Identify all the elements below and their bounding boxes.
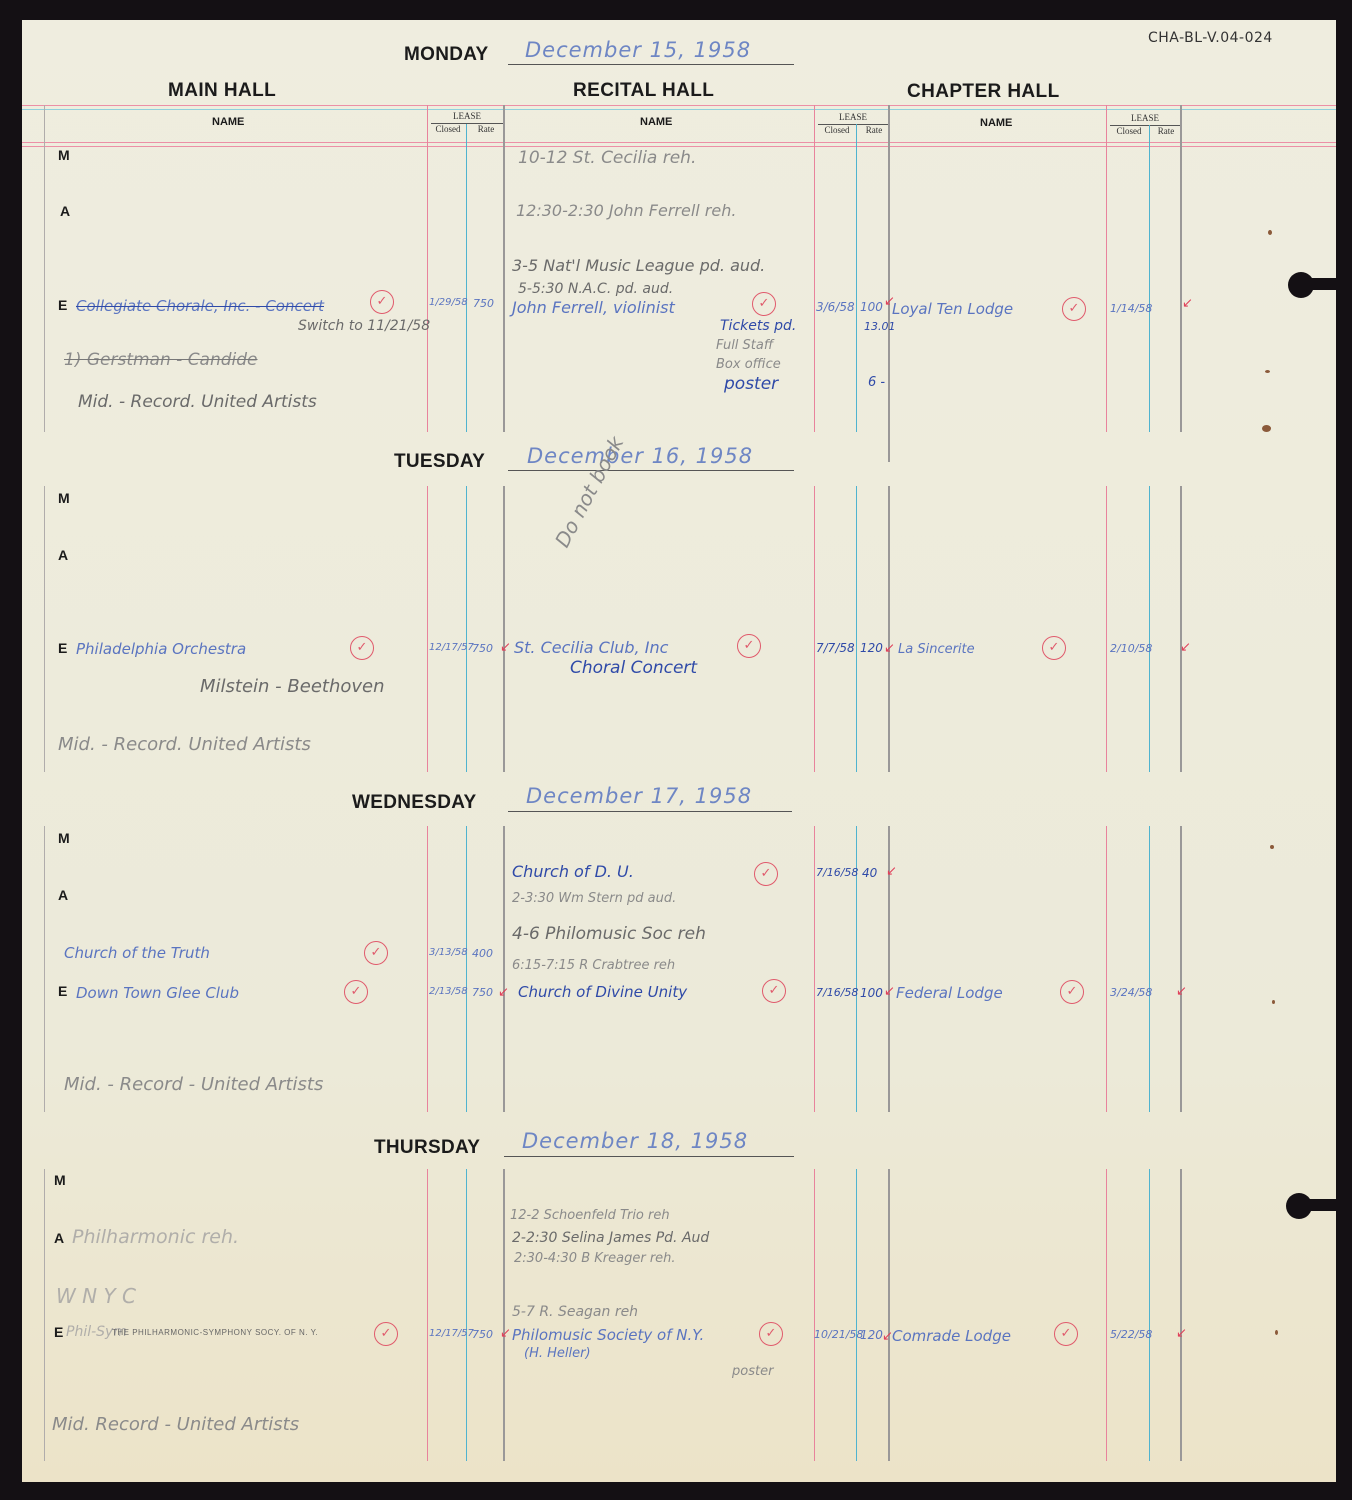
lease-closed: 3/6/58 <box>816 300 855 314</box>
booking-entry-recital-tue-evening[interactable]: St. Cecilia Club, Inc <box>514 638 668 657</box>
confirmed-check-icon: ✓ <box>364 941 388 965</box>
rule <box>888 1169 890 1461</box>
booking-entry-recital-thu-evening[interactable]: Philomusic Society of N.Y. <box>512 1326 704 1344</box>
rule <box>1106 1169 1107 1461</box>
booking-note: 12-2 Schoenfeld Trio reh <box>510 1208 670 1223</box>
rule <box>888 105 890 462</box>
confirmed-check-icon: ✓ <box>344 980 368 1004</box>
column-header-name: NAME <box>212 116 244 128</box>
row-label-evening: E <box>54 1324 63 1340</box>
rule <box>44 105 45 432</box>
stain <box>1262 425 1271 432</box>
booking-note: Mid. - Record - United Artists <box>64 1074 323 1095</box>
rule <box>466 124 467 432</box>
booking-entry-recital-wed-evening[interactable]: Church of Divine Unity <box>518 983 687 1001</box>
lease-closed: 3/13/58 <box>429 947 468 958</box>
booking-entry-chapter-wed-evening[interactable]: Federal Lodge <box>896 984 1003 1002</box>
day-label-tuesday: TUESDAY <box>394 451 485 473</box>
row-label-morning: M <box>54 1172 66 1188</box>
rate-header: Rate <box>1150 126 1182 136</box>
confirmed-check-icon: ✓ <box>370 290 394 314</box>
lease-closed: 1/29/58 <box>429 297 468 308</box>
confirmed-check-icon: ✓ <box>1060 980 1084 1004</box>
row-label-morning: M <box>58 490 70 506</box>
rule <box>814 1169 815 1461</box>
row-label-afternoon: A <box>58 547 68 563</box>
confirmed-check-icon: ✓ <box>759 1322 783 1346</box>
tick-mark-icon: ↙ <box>498 985 509 1000</box>
rule <box>503 826 505 1112</box>
confirmed-check-icon: ✓ <box>1042 636 1066 660</box>
lease-closed: 5/22/58 <box>1110 1328 1152 1341</box>
confirmed-check-icon: ✓ <box>754 862 778 886</box>
rule <box>814 105 815 432</box>
rule <box>466 826 467 1112</box>
column-header-name: NAME <box>640 116 672 128</box>
booking-note: 3-5 Nat'l Music League pd. aud. <box>512 256 765 275</box>
rule <box>466 486 467 772</box>
rule <box>427 486 428 772</box>
lease-closed: 1/14/58 <box>1110 302 1152 315</box>
rule <box>1106 486 1107 772</box>
lease-rate: 100 <box>860 300 883 314</box>
tick-mark-icon: ↙ <box>500 1326 511 1341</box>
confirmed-check-icon: ✓ <box>350 636 374 660</box>
lease-closed: 7/16/58 <box>816 866 858 879</box>
rule <box>1149 1169 1150 1461</box>
booking-note: (H. Heller) <box>524 1346 591 1361</box>
hall-title-chapter: CHAPTER HALL <box>907 81 1060 103</box>
extra-charge-label: Full Staff <box>716 338 773 353</box>
booking-entry-main-wed-afternoon[interactable]: Church of the Truth <box>64 944 210 962</box>
booking-entry-recital-mon-morning[interactable]: 10-12 St. Cecilia reh. <box>518 148 696 168</box>
hall-title-recital: RECITAL HALL <box>573 80 714 102</box>
booking-entry-main-tue-evening[interactable]: Philadelphia Orchestra <box>76 640 246 658</box>
hall-title-main: MAIN HALL <box>168 80 276 102</box>
rule <box>44 486 45 772</box>
extra-charge-label: Box office <box>716 357 781 372</box>
lease-header: LEASE <box>430 111 504 121</box>
rule <box>427 105 428 432</box>
rule <box>1180 826 1182 1112</box>
date-monday: December 15, 1958 <box>525 38 751 62</box>
booking-entry-chapter-tue-evening[interactable]: La Sincerite <box>898 642 975 657</box>
booking-note: Milstein - Beethoven <box>200 676 385 697</box>
rule <box>503 486 505 772</box>
day-label-monday: MONDAY <box>404 44 489 66</box>
lease-rate: 750 <box>472 986 493 999</box>
lease-rate: 120 <box>860 1328 883 1342</box>
rule <box>44 1169 45 1461</box>
rule <box>1106 105 1107 432</box>
lease-closed: 3/24/58 <box>1110 986 1152 999</box>
booking-note: 2-3:30 Wm Stern pd aud. <box>512 891 676 906</box>
document-id: CHA-BL-V.04-024 <box>1148 30 1273 46</box>
booking-entry-recital-mon-evening[interactable]: John Ferrell, violinist <box>512 298 675 317</box>
extra-charge-label: poster <box>724 374 778 394</box>
confirmed-check-icon: ✓ <box>752 292 776 316</box>
confirmed-check-icon: ✓ <box>1062 297 1086 321</box>
rubber-stamp: THE PHILHARMONIC-SYMPHONY SOCY. OF N. Y. <box>112 1328 318 1337</box>
lease-closed: 7/16/58 <box>816 986 858 999</box>
rule <box>814 826 815 1112</box>
booking-note: 6:15-7:15 R Crabtree reh <box>512 958 675 973</box>
row-label-afternoon: A <box>54 1230 64 1246</box>
extra-charge-label: Tickets pd. <box>720 318 796 334</box>
booking-note: Choral Concert <box>570 658 697 678</box>
booking-note: 5-7 R. Seagan reh <box>512 1304 638 1320</box>
rule <box>44 826 45 1112</box>
lease-rate: 750 <box>473 297 494 310</box>
rule <box>1180 105 1182 432</box>
booking-entry-chapter-thu-evening[interactable]: Comrade Lodge <box>892 1327 1011 1345</box>
booking-note: 2:30-4:30 B Kreager reh. <box>514 1251 676 1266</box>
rule <box>22 105 1336 110</box>
lease-closed: 10/21/58 <box>814 1328 863 1341</box>
stain <box>1270 845 1274 849</box>
confirmed-check-icon: ✓ <box>1054 1322 1078 1346</box>
stain <box>1268 230 1272 235</box>
tick-mark-icon: ↙ <box>886 864 897 879</box>
rule <box>1180 1169 1182 1461</box>
rule <box>1106 826 1107 1112</box>
confirmed-check-icon: ✓ <box>374 1322 398 1346</box>
lease-header: LEASE <box>1109 113 1181 123</box>
rule <box>22 142 1336 147</box>
booking-note: 1) Gerstman - Candide <box>64 350 258 370</box>
date-thursday: December 18, 1958 <box>522 1129 748 1153</box>
confirmed-check-icon: ✓ <box>737 634 761 658</box>
tick-mark-icon: ↙ <box>500 640 511 655</box>
tick-mark-icon: ↙ <box>1180 640 1191 655</box>
stain <box>1265 370 1270 373</box>
rule <box>1180 486 1182 772</box>
booking-entry-main-wed-evening[interactable]: Down Town Glee Club <box>76 984 239 1002</box>
row-label-afternoon: A <box>60 203 70 219</box>
booking-note: Mid. Record - United Artists <box>52 1414 299 1435</box>
day-label-thursday: THURSDAY <box>374 1137 480 1159</box>
extra-charge-amount: 13.01 <box>864 320 896 333</box>
booking-note: Mid. - Record. United Artists <box>58 734 311 755</box>
booking-note: 2-2:30 Selina James Pd. Aud <box>512 1230 709 1246</box>
rule <box>856 486 857 772</box>
row-label-morning: M <box>58 147 70 163</box>
tick-mark-icon: ↙ <box>884 641 895 656</box>
booking-entry-recital-wed-afternoon[interactable]: Church of D. U. <box>512 862 634 881</box>
booking-note: poster <box>732 1364 773 1379</box>
rule <box>503 1169 505 1461</box>
closed-header: Closed <box>430 124 466 134</box>
booking-entry-main-mon-evening[interactable]: Collegiate Chorale, Inc. - Concert <box>76 297 324 315</box>
tick-mark-icon: ↙ <box>884 984 895 999</box>
lease-rate: 40 <box>862 866 877 880</box>
date-tuesday: December 16, 1958 <box>527 444 753 468</box>
rule <box>814 486 815 772</box>
booking-note: 4-6 Philomusic Soc reh <box>512 924 706 944</box>
rule <box>427 826 428 1112</box>
row-label-evening: E <box>58 640 67 656</box>
tick-mark-icon: ↙ <box>1182 296 1193 311</box>
closed-header: Closed <box>1109 126 1149 136</box>
lease-closed: 7/7/58 <box>816 641 855 655</box>
binder-slot-top <box>1305 278 1340 290</box>
row-label-evening: E <box>58 297 67 313</box>
column-header-name: NAME <box>980 117 1012 129</box>
tick-mark-icon: ↙ <box>1176 1326 1187 1341</box>
lease-closed: 12/17/57 <box>429 642 474 653</box>
lease-rate: 750 <box>472 642 493 655</box>
lease-header: LEASE <box>817 112 889 122</box>
lease-rate: 120 <box>860 641 883 655</box>
lease-closed: 2/10/58 <box>1110 642 1152 655</box>
lease-closed: 12/17/57 <box>429 1328 474 1339</box>
rule <box>1149 826 1150 1112</box>
rate-header: Rate <box>468 124 504 134</box>
rule <box>856 124 857 432</box>
tick-mark-icon: ↙ <box>1176 984 1187 999</box>
booking-entry-recital-mon-afternoon[interactable]: 12:30-2:30 John Ferrell reh. <box>516 201 736 220</box>
rule <box>1149 125 1150 432</box>
booking-entry-main-thu-afternoon[interactable]: Philharmonic reh. <box>72 1226 239 1248</box>
row-label-afternoon: A <box>58 887 68 903</box>
row-label-morning: M <box>58 830 70 846</box>
booking-note: Switch to 11/21/58 <box>298 318 430 334</box>
rule <box>427 1169 428 1461</box>
lease-closed: 2/13/58 <box>429 986 468 997</box>
booking-note: 5-5:30 N.A.C. pd. aud. <box>518 281 673 297</box>
rule <box>888 486 890 772</box>
row-label-evening: E <box>58 983 67 999</box>
closed-header: Closed <box>817 125 857 135</box>
rule <box>466 1169 467 1461</box>
day-label-wednesday: WEDNESDAY <box>352 792 476 814</box>
lease-rate: 100 <box>860 986 883 1000</box>
lease-rate: 750 <box>472 1328 493 1341</box>
rule <box>1149 486 1150 772</box>
booking-note: Mid. - Record. United Artists <box>78 392 317 412</box>
booking-entry-chapter-mon-evening[interactable]: Loyal Ten Lodge <box>892 300 1013 318</box>
rule <box>503 105 505 432</box>
binder-slot-bottom <box>1303 1199 1340 1211</box>
confirmed-check-icon: ✓ <box>762 979 786 1003</box>
lease-rate: 400 <box>472 947 493 960</box>
rate-header: Rate <box>858 125 890 135</box>
booking-note: W N Y C <box>56 1284 136 1308</box>
date-wednesday: December 17, 1958 <box>526 784 752 808</box>
stain <box>1275 1330 1278 1335</box>
rule <box>856 1169 857 1461</box>
extra-charge-amount: 6 - <box>868 375 885 390</box>
stain <box>1272 1000 1275 1004</box>
